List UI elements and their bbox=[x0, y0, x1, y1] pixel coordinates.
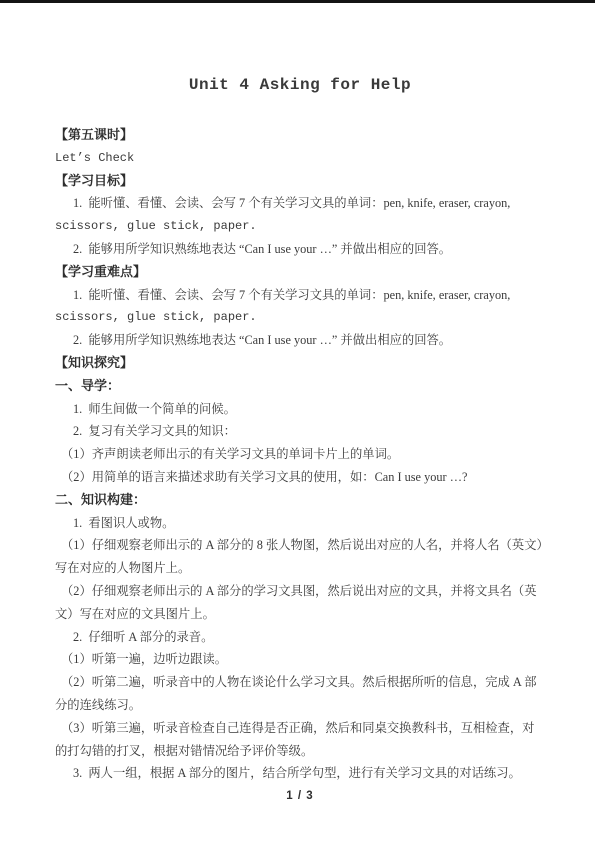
keypoint-1-line-2: scissors, glue stick, paper. bbox=[55, 306, 545, 329]
guided-learning-item-2: 2. 复习有关学习文具的知识： bbox=[55, 420, 545, 443]
objective-1-line-2: scissors, glue stick, paper. bbox=[55, 215, 545, 238]
heading-knowledge-inquiry: 【知识探究】 bbox=[55, 352, 545, 375]
keypoint-1-line-1: 1. 能听懂、看懂、会读、会写 7 个有关学习文具的单词：pen, knife,… bbox=[55, 284, 545, 307]
heading-section-2-knowledge-construction: 二、知识构建： bbox=[55, 489, 545, 512]
construction-item-2-sub-3-line-1: （3）听第三遍，听录音检查自己连得是否正确，然后和同桌交换教科书，互相检查，对 bbox=[55, 717, 545, 740]
construction-item-1-sub-1-line-2: 写在对应的人物图片上。 bbox=[55, 557, 545, 580]
construction-item-2-sub-1: （1）听第一遍，边听边跟读。 bbox=[55, 648, 545, 671]
guided-learning-item-1: 1. 师生间做一个简单的问候。 bbox=[55, 398, 545, 421]
subtitle-lets-check: Let’s Check bbox=[55, 147, 545, 170]
construction-item-2: 2. 仔细听 A 部分的录音。 bbox=[55, 626, 545, 649]
heading-period-5: 【第五课时】 bbox=[55, 124, 545, 147]
guided-learning-item-2-sub-2: （2）用简单的语言来描述求助有关学习文具的使用，如：Can I use your… bbox=[55, 466, 545, 489]
objective-1-line-1: 1. 能听懂、看懂、会读、会写 7 个有关学习文具的单词：pen, knife,… bbox=[55, 192, 545, 215]
heading-section-1-guided-learning: 一、导学： bbox=[55, 375, 545, 398]
top-border-bar bbox=[0, 0, 595, 3]
construction-item-3: 3. 两人一组，根据 A 部分的图片，结合所学句型，进行有关学习文具的对话练习。 bbox=[55, 762, 545, 785]
heading-learning-objectives: 【学习目标】 bbox=[55, 170, 545, 193]
guided-learning-item-2-sub-1: （1）齐声朗读老师出示的有关学习文具的单词卡片上的单词。 bbox=[55, 443, 545, 466]
construction-item-1: 1. 看图识人或物。 bbox=[55, 512, 545, 535]
construction-item-1-sub-2-line-1: （2）仔细观察老师出示的 A 部分的学习文具图，然后说出对应的文具，并将文具名（… bbox=[55, 580, 545, 603]
construction-item-2-sub-2-line-2: 分的连线练习。 bbox=[55, 694, 545, 717]
document-title: Unit 4 Asking for Help bbox=[55, 74, 545, 97]
page-number: 1 / 3 bbox=[55, 785, 545, 808]
construction-item-2-sub-2-line-1: （2）听第二遍，听录音中的人物在谈论什么学习文具。然后根据所听的信息，完成 A … bbox=[55, 671, 545, 694]
construction-item-1-sub-1-line-1: （1）仔细观察老师出示的 A 部分的 8 张人物图，然后说出对应的人名，并将人名… bbox=[55, 534, 545, 557]
construction-item-1-sub-2-line-2: 文）写在对应的文具图片上。 bbox=[55, 603, 545, 626]
objective-2: 2. 能够用所学知识熟练地表达 “Can I use your …” 并做出相应… bbox=[55, 238, 545, 261]
document-page: Unit 4 Asking for Help 【第五课时】 Let’s Chec… bbox=[0, 74, 595, 808]
keypoint-2: 2. 能够用所学知识熟练地表达 “Can I use your …” 并做出相应… bbox=[55, 329, 545, 352]
heading-key-difficult-points: 【学习重难点】 bbox=[55, 261, 545, 284]
construction-item-2-sub-3-line-2: 的打勾错的打叉，根据对错情况给予评价等级。 bbox=[55, 740, 545, 763]
